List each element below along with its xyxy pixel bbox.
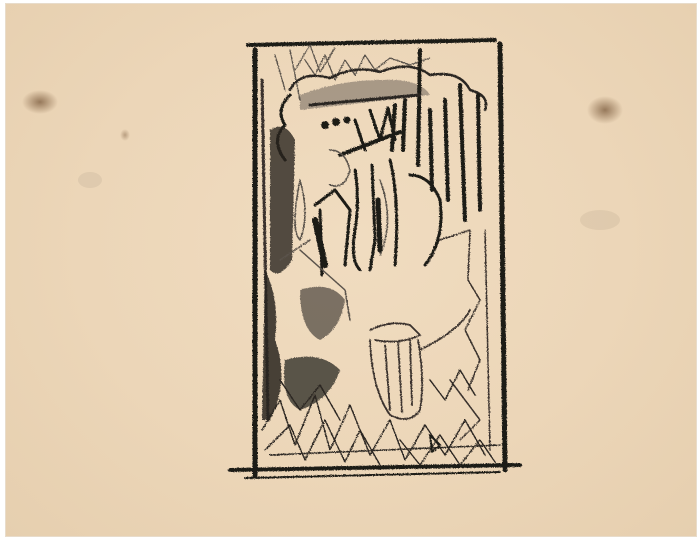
- charcoal-drawing: [0, 0, 700, 541]
- paper-stains: [22, 90, 623, 230]
- drawing-strokes: [230, 40, 520, 478]
